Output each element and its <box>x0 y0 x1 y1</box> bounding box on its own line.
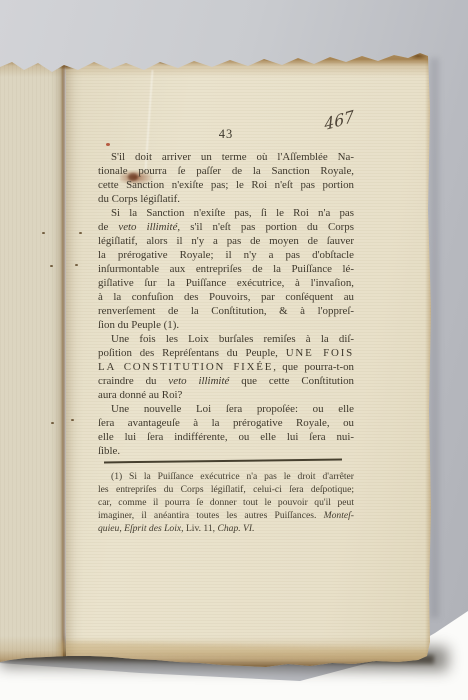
wormhole <box>51 422 54 424</box>
text-line: car, comme il pourra ſe donner tout le p… <box>98 496 354 509</box>
wormhole <box>50 265 53 267</box>
text-line: giſlative ſur la Puiſſance exécutrice, à… <box>98 276 354 290</box>
footnote-text: (1) Si la Puiſſance exécutrice n'a pas l… <box>98 470 354 535</box>
text-line: cette Sanction n'exiſte pas; le Roi n'eſ… <box>98 178 354 192</box>
text-line: craindre du veto illimité que cette Conſ… <box>98 374 354 388</box>
text-line: LA CONSTITUTION FIXÉE, que pourra-t-on <box>98 360 354 374</box>
body-text: S'il doit arriver un terme où l'Aſſemblé… <box>98 150 354 458</box>
text-line: imaginer, il anéantira toutes les autres… <box>98 509 354 522</box>
text-line: du Corps légiſlatif. <box>98 192 354 206</box>
edge-stain-spot <box>54 62 80 70</box>
text-line: ſible. <box>98 444 354 458</box>
text-line: renverſement de la Conſtitution, & à l'o… <box>98 304 354 318</box>
facing-page <box>0 50 63 668</box>
wormhole <box>79 232 82 234</box>
text-line: S'il doit arriver un terme où l'Aſſemblé… <box>98 150 354 164</box>
text-line: Si la Sanction n'exiſte pas, ſi le Roi n… <box>98 206 354 220</box>
text-line: inſurmontable aux entrepriſes de la Puiſ… <box>98 262 354 276</box>
edge-stain-spot <box>156 58 178 65</box>
deckle-top-edge <box>0 50 433 80</box>
text-line: ſera avantageuſe à la prérogative Royale… <box>98 416 354 430</box>
text-line: elle lui ſera indifférente, ou elle lui … <box>98 430 354 444</box>
wormhole <box>42 232 45 234</box>
edge-stain-spot <box>262 55 286 62</box>
text-line: Une fois les Loix burſales remiſes à la … <box>98 332 354 346</box>
text-line: légiſlatif, alors il n'y a pas de moyen … <box>98 234 354 248</box>
text-line: à la confuſion des Pouvoirs, par conſéqu… <box>98 290 354 304</box>
red-speck <box>106 143 110 146</box>
text-line: (1) Si la Puiſſance exécutrice n'a pas l… <box>98 470 354 483</box>
text-line: poſition des Repréſentans du Peuple, UNE… <box>98 346 354 360</box>
text-line: Une nouvelle Loi ſera propoſée: ou elle <box>98 402 354 416</box>
text-line: tionale pourra ſe paſſer de la Sanction … <box>98 164 354 178</box>
book-page-photo: 467 43 S'il doit arriver un terme où l'A… <box>0 50 433 668</box>
edge-stain-spot <box>408 52 428 60</box>
right-edge-shadow <box>430 58 439 618</box>
text-line: de veto illimité, s'il n'eſt pas portion… <box>98 220 354 234</box>
text-line: la prérogative Royale; il n'y a pas d'ob… <box>98 248 354 262</box>
text-line: ſion du Peuple (1). <box>98 318 354 332</box>
wormhole <box>71 419 74 421</box>
text-line: quieu, Eſprit des Loix, Liv. 11, Chap. V… <box>98 522 354 535</box>
text-line: les entrepriſes du Corps légiſlatif, cel… <box>98 483 354 496</box>
wormhole <box>75 264 78 266</box>
page-number: 43 <box>98 127 354 142</box>
photo-scene: 467 43 S'il doit arriver un terme où l'A… <box>0 0 468 700</box>
text-line: aura donné au Roi? <box>98 388 354 402</box>
